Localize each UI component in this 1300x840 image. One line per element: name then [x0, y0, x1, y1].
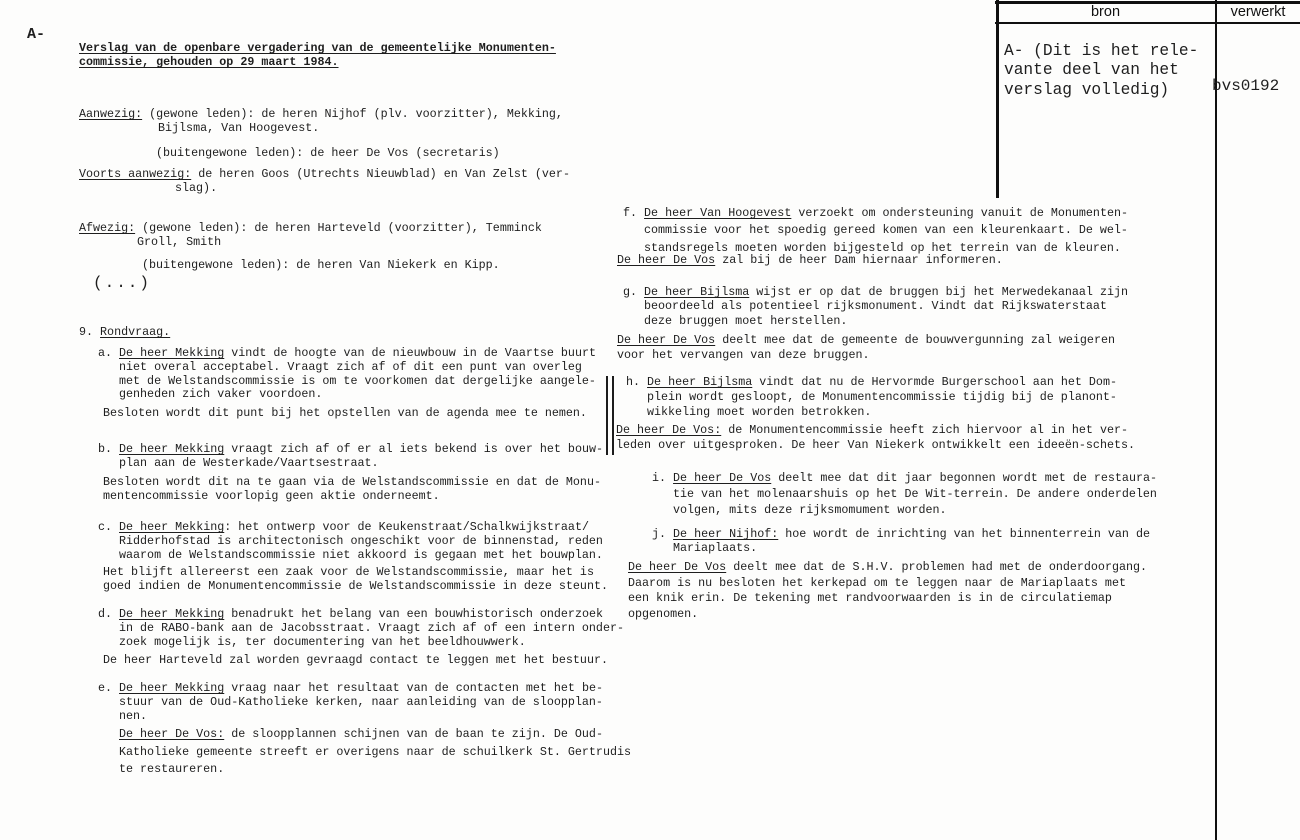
attendance-label: Voorts aanwezig: — [79, 167, 191, 181]
speaker-name: De heer De Vos — [617, 253, 715, 267]
form-left-border-line — [996, 0, 999, 198]
agenda-title: Rondvraag. — [100, 325, 170, 339]
item-c: c. De heer Mekking: het ontwerp voor de … — [98, 521, 689, 562]
speaker-name: De heer Van Hoogevest — [644, 206, 791, 220]
item-g: g. De heer Bijlsma wijst er op dat de br… — [623, 285, 1224, 328]
item-a-resolution: Besloten wordt dit punt bij het opstelle… — [103, 407, 673, 421]
speaker-name: De heer De Vos — [628, 560, 726, 574]
item-marker: a. — [98, 346, 119, 360]
item-marker: i. — [652, 471, 673, 485]
item-marker: h. — [626, 375, 647, 389]
speaker-name: De heer Nijhof: — [673, 527, 778, 541]
item-marker: g. — [623, 285, 644, 299]
speaker-name: De heer Mekking — [119, 681, 224, 695]
form-source-note: A- (Dit is het rele- vante deel van het … — [1004, 42, 1214, 100]
attendance-present-extra: (buitengewone leden): de heer De Vos (se… — [156, 147, 636, 161]
item-marker: b. — [98, 442, 119, 456]
attendance-absent-extra: (buitengewone leden): de heren Van Nieke… — [142, 259, 622, 273]
omission-mark: (...) — [93, 277, 151, 291]
attendance-absent: Afwezig: (gewone leden): de heren Hartev… — [79, 222, 697, 250]
item-b: b. De heer Mekking vraagt zich af of er … — [98, 443, 689, 471]
reply-de-vos-g: De heer De Vos deelt mee dat de gemeente… — [617, 333, 1197, 363]
form-processed-code: bvs0192 — [1212, 77, 1279, 95]
item-d-resolution: De heer Harteveld zal worden gevraagd co… — [103, 654, 673, 668]
document-title: Verslag van de openbare vergadering van … — [79, 41, 599, 69]
item-marker: d. — [98, 607, 119, 621]
item-b-resolution: Besloten wordt dit na te gaan via de Wel… — [103, 476, 673, 504]
speaker-name: De heer Mekking — [119, 346, 224, 360]
item-e: e. De heer Mekking vraag naar het result… — [98, 682, 689, 723]
reply-de-vos-f: De heer De Vos zal bij de heer Dam hiern… — [617, 254, 1197, 268]
speaker-name: De heer De Vos: — [119, 727, 224, 741]
speaker-name: De heer Mekking — [119, 520, 224, 534]
reply-de-vos-e: De heer De Vos: de sloopplannen schijnen… — [119, 726, 689, 779]
item-i: i. De heer De Vos deelt mee dat dit jaar… — [652, 470, 1243, 518]
speaker-name: De heer De Vos: — [616, 423, 721, 437]
speaker-name: De heer Bijlsma — [647, 375, 752, 389]
item-c-resolution: Het blijft allereerst een zaak voor de W… — [103, 566, 673, 594]
item-a: a. De heer Mekking vindt de hoogte van d… — [98, 347, 689, 402]
item-marker: f. — [623, 206, 644, 220]
scanned-minutes-page: bron verwerkt A- (Dit is het rele- vante… — [0, 0, 1300, 840]
speaker-name: De heer Mekking — [119, 607, 224, 621]
item-marker: c. — [98, 520, 119, 534]
margin-emphasis-mark — [606, 376, 614, 455]
agenda-number: 9. — [79, 325, 100, 339]
item-marker: e. — [98, 681, 119, 695]
form-header-verwerkt: verwerkt — [1216, 4, 1300, 20]
attendance-label: Aanwezig: — [79, 107, 142, 121]
reply-text: zal bij de heer Dam hiernaar informeren. — [715, 253, 1003, 267]
attendance-also-present: Voorts aanwezig: de heren Goos (Utrechts… — [79, 168, 735, 196]
attendance-text: de heren Goos (Utrechts Nieuwblad) en Va… — [175, 167, 570, 195]
form-header-bron: bron — [996, 4, 1215, 20]
agenda-heading: 9. Rondvraag. — [79, 326, 170, 340]
reply-de-vos-j: De heer De Vos deelt mee dat de S.H.V. p… — [628, 560, 1208, 622]
item-marker: j. — [652, 527, 673, 541]
reply-de-vos-h: De heer De Vos: de Monumentencommissie h… — [616, 423, 1196, 453]
speaker-name: De heer Bijlsma — [644, 285, 749, 299]
item-f: f. De heer Van Hoogevest verzoekt om ond… — [623, 205, 1224, 257]
item-h: h. De heer Bijlsma vindt dat nu de Hervo… — [626, 375, 1227, 421]
form-header-underline — [995, 22, 1300, 24]
corner-mark: A- — [27, 28, 45, 42]
attendance-text: (gewone leden): de heren Harteveld (voor… — [135, 221, 542, 249]
attendance-text: (gewone leden): de heren Nijhof (plv. vo… — [142, 107, 563, 135]
item-d: d. De heer Mekking benadrukt het belang … — [98, 608, 689, 649]
speaker-name: De heer De Vos — [673, 471, 771, 485]
speaker-name: De heer De Vos — [617, 333, 715, 347]
attendance-present: Aanwezig: (gewone leden): de heren Nijho… — [79, 108, 718, 136]
attendance-label: Afwezig: — [79, 221, 135, 235]
speaker-name: De heer Mekking — [119, 442, 224, 456]
item-j: j. De heer Nijhof: hoe wordt de inrichti… — [652, 527, 1243, 556]
